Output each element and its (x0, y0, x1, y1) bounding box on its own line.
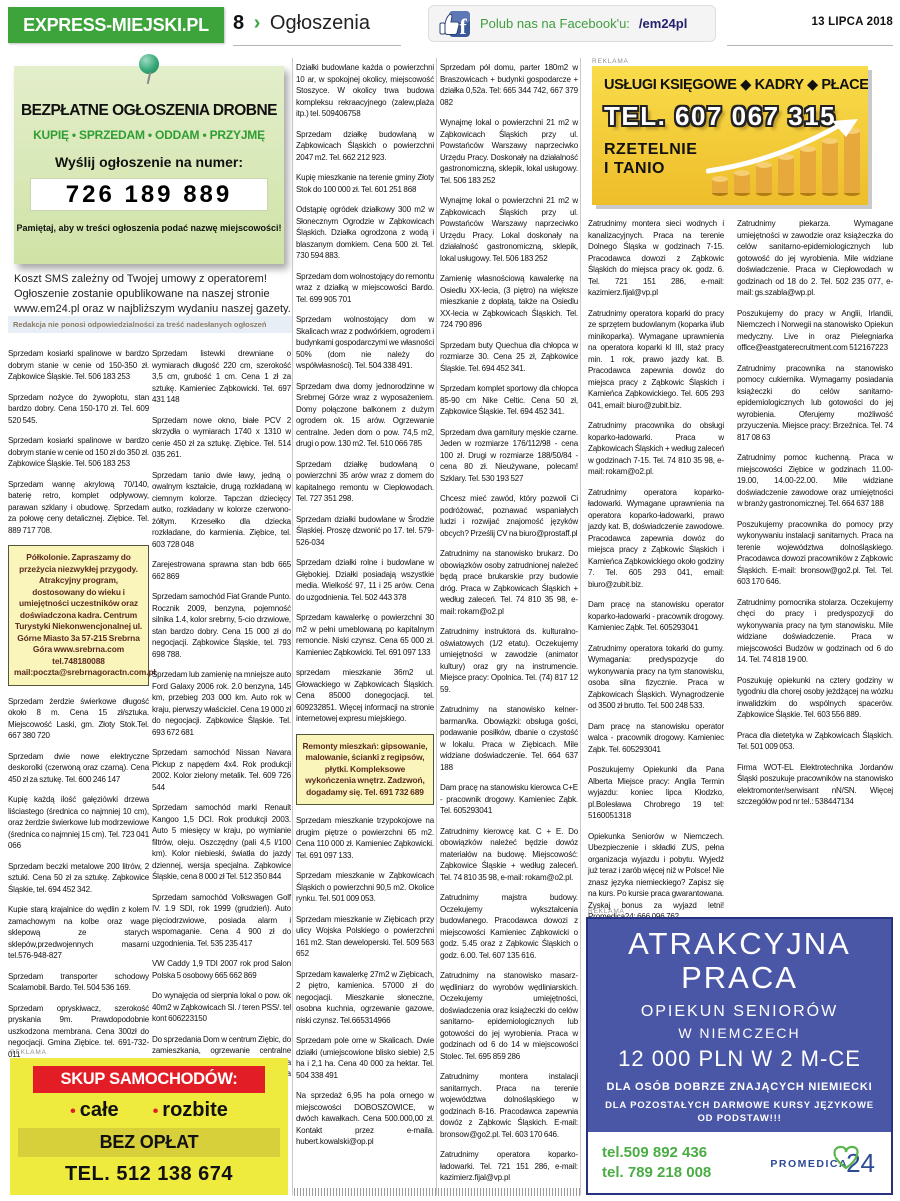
page-section-title: 8 › Ogłoszenia (233, 12, 370, 35)
reklama-label: REKLAMA (592, 58, 629, 65)
car-ad-options: •całe •rozbite (10, 1099, 288, 1122)
classified-ad: Sprzedam kosiarki spalinowe w bardzo dob… (8, 348, 149, 383)
job-ad-courses-note: DLA POZOSTAŁYCH DARMOWE KURSY JĘZYKOWE O… (605, 1099, 875, 1125)
free-ads-box: BEZPŁATNE OGŁOSZENIA DROBNE KUPIĘ • SPRZ… (14, 66, 284, 264)
classifieds-column-2: Sprzedam listewki drewniane o wymiarach … (152, 348, 291, 1100)
classified-ad: Sprzedam lub zamienię na mniejsze auto F… (152, 669, 291, 738)
classified-ad: Sprzedam mieszkanie trzypokojowe na drug… (296, 815, 434, 861)
job-ad-footer: tel.509 892 436 tel. 789 218 008 PROMEDI… (588, 1132, 891, 1193)
classifieds-column-3: Działki budowlane każda o powierzchni 10… (296, 62, 434, 1157)
classifieds-column-1: Sprzedam kosiarki spalinowe w bardzo dob… (8, 348, 149, 1069)
classified-ad: Dam pracę na stanowisku kierowca C+E - p… (440, 782, 578, 817)
bullet-icon: • (153, 1103, 159, 1120)
classified-ad: Kupię każdą ilość gałęziówki drzewa liśc… (8, 794, 149, 852)
classifieds-column-6: Zatrudnimy piekarza. Wymagane umiejętnoś… (737, 218, 893, 817)
classified-ad: Sprzedam samochód marki Renault Kangoo 1… (152, 802, 291, 883)
job-ad-title-line1: ATRAKCYJNA (588, 927, 891, 961)
classified-ad: Kupie starą krajalnice do wędlin z kolem… (8, 904, 149, 962)
classified-ad: Do wynajęcia od sierpnia lokal o pow. ok… (152, 990, 291, 1025)
classified-ad: Sprzedam listewki drewniane o wymiarach … (152, 348, 291, 406)
promedica24-logo: PROMEDICA 24 (770, 1152, 875, 1174)
page-number: 8 (233, 12, 244, 34)
classified-ad: Zatrudnimy pomocnika stolarza. Oczekujem… (737, 597, 893, 666)
reklama-label: REKLAMA (588, 908, 625, 915)
job-ad-title: ATRAKCYJNA PRACA (588, 927, 891, 995)
classified-ad: Zarejestrowana sprawna stan bdb 665 662 … (152, 559, 291, 582)
free-ads-title: BEZPŁATNE OGŁOSZENIA DROBNE (14, 102, 284, 120)
classified-ad: Zatrudnimy montera instalacji sanitarnyc… (440, 1071, 578, 1140)
classified-ad: Na sprzedaż 6,95 ha pola ornego w miejsc… (296, 1090, 434, 1148)
free-ads-note: Pamiętaj, aby w treści ogłoszenia podać … (14, 223, 284, 233)
classified-ad: Zatrudnimy operatora koparki do pracy ze… (588, 308, 724, 412)
facebook-handle: /em24pl (639, 16, 687, 31)
classified-ad: Sprzedam mieszkanie w Ząbkowicach Śląski… (296, 870, 434, 905)
classified-ad: Kupię mieszkanie na terenie gminy Złoty … (296, 172, 434, 195)
classified-ad: Sprzedam wannę akrylową 70/140, baterię … (8, 479, 149, 537)
inline-promo-box: Remonty mieszkań: gipsowanie, malowanie,… (296, 734, 434, 806)
heart-swoosh-icon (831, 1144, 861, 1170)
column-divider (292, 58, 293, 1195)
classified-ad: VW Caddy 1,9 TDI 2007 rok prod Salon Pol… (152, 958, 291, 981)
pin-icon (139, 54, 159, 74)
classified-ad: Sprzedam działkę budowlaną o powierzchni… (296, 459, 434, 505)
classified-ad: Zatrudnimy pracownika do obsługi koparko… (588, 420, 724, 478)
job-ad-phone-1: tel.509 892 436 (602, 1143, 711, 1163)
job-ad-requirement: DLA OSÓB DOBRZE ZNAJĄCYCH NIEMIECKI (588, 1081, 891, 1093)
classifieds-column-5: Zatrudnimy montera sieci wodnych i kanal… (588, 218, 724, 932)
issue-date: 13 LIPCA 2018 (727, 16, 893, 28)
car-purchase-ad: SKUP SAMOCHODÓW: •całe •rozbite BEZ OPŁA… (10, 1058, 288, 1195)
car-ad-no-fees: BEZ OPŁAT (18, 1128, 280, 1157)
job-ad-title-line2: PRACA (588, 961, 891, 995)
bullet-icon: • (70, 1103, 76, 1120)
classified-ad: Sprzedam samochód Fiat Grande Punto. Roc… (152, 591, 291, 660)
classified-ad: Sprzedam działkę budowlaną w Ząbkowicach… (296, 129, 434, 164)
job-ad-phones: tel.509 892 436 tel. 789 218 008 (602, 1143, 711, 1183)
classified-ad: Dam pracę na stanowisku operator walca -… (588, 721, 724, 756)
car-ad-option: •rozbite (153, 1099, 228, 1122)
classified-ad: Działki budowlane każda o powierzchni 10… (296, 62, 434, 120)
classified-ad: Sprzedam dom wolnostojący do remontu wra… (296, 271, 434, 306)
classified-ad: Sprzedam tanio dwie ławy, jedną o owalny… (152, 470, 291, 551)
classified-ad: Zatrudnimy operatora koparko-ładowarki. … (440, 1149, 578, 1184)
reklama-label: REKLAMA (10, 1049, 47, 1056)
classified-ad: Wynajmę lokal o powierzchni 21 m2 w Ząbk… (440, 195, 578, 264)
classified-ad: Sprzedam dwa garnitury męskie czarne. Je… (440, 427, 578, 485)
classified-ad: Sprzedam beczki metalowe 200 litrów, 2 s… (8, 861, 149, 896)
disclaimer-strip: Redakcja nie ponosi odpowiedzialności za… (8, 316, 292, 333)
classified-ad: Zatrudnimy na stanowisko masarz-wędlinia… (440, 970, 578, 1062)
classified-ad: Sprzedam komplet sportowy dla chłopca 85… (440, 383, 578, 418)
classified-ad: Sprzedam pole orne w Skalicach. Dwie dzi… (296, 1035, 434, 1081)
classified-ad: Sprzedam wolnostojący dom w Skalicach wr… (296, 314, 434, 372)
classified-ad: Zatrudnimy montera sieci wodnych i kanal… (588, 218, 724, 299)
classified-ad: Sprzedam dwa domy jednorodzinne w Srebrn… (296, 381, 434, 450)
classified-ad: Odstąpię ogródek działkowy 300 m2 w Słon… (296, 204, 434, 262)
car-ad-option: •całe (70, 1099, 119, 1122)
svg-text:f: f (459, 14, 467, 38)
sms-number: 726 189 889 (30, 178, 268, 211)
classified-ad: Zatrudnimy operatora koparko-ładowarki. … (588, 487, 724, 591)
sms-cost-info: Koszt SMS zależny od Twojej umowy z oper… (14, 272, 294, 317)
classified-ad: Sprzedam nowe okno, białe PCV 2 skrzydła… (152, 415, 291, 461)
masthead-logo: EXPRESS-MIEJSKI.PL (8, 7, 224, 43)
inline-promo-box: Półkolonie. Zapraszamy do przeżycia niez… (8, 545, 149, 686)
column-divider (436, 58, 437, 1195)
accounting-ad-headline: USŁUGI KSIĘGOWE ◆ KADRY ◆ PŁACE (604, 77, 856, 93)
classified-ad: Sprzedam działki rolne i budowlane w Głę… (296, 557, 434, 603)
job-ad-position: OPIEKUN SENIORÓW (588, 1003, 891, 1021)
classifieds-column-4: Sprzedam pół domu, parter 180m2 w Braszo… (440, 62, 578, 1193)
classified-ad: Zatrudnimy piekarza. Wymagane umiejętnoś… (737, 218, 893, 299)
caregiver-job-ad: ATRAKCYJNA PRACA OPIEKUN SENIORÓW W NIEM… (586, 917, 893, 1195)
accounting-services-ad: USŁUGI KSIĘGOWE ◆ KADRY ◆ PŁACE TEL. 607… (592, 66, 868, 205)
classified-ad: Sprzedam kawalerkę o powierzchni 30 m2 w… (296, 612, 434, 658)
classified-ad: Zatrudnimy pomoc kuchenną. Praca w miejs… (737, 452, 893, 510)
classified-ad: Dam pracę na stanowisku operator koparko… (588, 599, 724, 634)
classified-ad: Wynajmę lokal o powierzchni 21 m2 w Ząbk… (440, 117, 578, 186)
facebook-banner: f Polub nas na Facebook'u: /em24pl (428, 5, 716, 42)
job-ad-salary: 12 000 PLN W 2 M-CE (588, 1046, 891, 1072)
classified-ad: Sprzedam kosiarki spalinowe w bardzo dob… (8, 435, 149, 470)
free-ads-cta: Wyślij ogłoszenie na numer: (14, 154, 284, 170)
classified-ad: Zamienię własnościową kawalerkę na Osied… (440, 273, 578, 331)
classified-ad: Zatrudnimy operatora tokarki do gumy. Wy… (588, 643, 724, 712)
free-ads-categories: KUPIĘ • SPRZEDAM • ODDAM • PRZYJMĘ (14, 128, 284, 142)
classified-ad: Poszukuję opiekunki na cztery godziny w … (737, 675, 893, 721)
chevron-icon: › (250, 12, 265, 34)
classified-ad: Poszukujemy do pracy w Anglii, Irlandii,… (737, 308, 893, 354)
classified-ad: Sprzedam żerdzie świerkowe długość około… (8, 696, 149, 742)
car-ad-title: SKUP SAMOCHODÓW: (33, 1066, 265, 1093)
column-divider (580, 58, 581, 1195)
facebook-like-icon: f (439, 10, 471, 38)
classified-ad: Zatrudnimy pracownika na stanowisko pomo… (737, 363, 893, 444)
facebook-text: Polub nas na Facebook'u: (480, 16, 630, 31)
filler-hatch-strip (294, 1188, 580, 1196)
section-label: Ogłoszenia (270, 12, 370, 34)
section-underline (233, 45, 401, 46)
classified-ad: Firma WOT-EL Elektrotechnika Jordanów Śl… (737, 762, 893, 808)
option-label: rozbite (162, 1099, 228, 1121)
classified-ad: Zatrudnimy instruktora ds. kulturalno-oś… (440, 626, 578, 695)
job-ad-phone-2: tel. 789 218 008 (602, 1163, 711, 1183)
classified-ad: Sprzedam pół domu, parter 180m2 w Braszo… (440, 62, 578, 108)
classified-ad: Zatrudnimy majstra budowy. Oczekujemy wy… (440, 892, 578, 961)
newspaper-page: EXPRESS-MIEJSKI.PL 8 › Ogłoszenia f Polu… (0, 0, 900, 1201)
classified-ad: Chcesz mieć zawód, który pozwoli Ci podr… (440, 493, 578, 539)
classified-ad: Sprzedam samochód Volkswagen Golf IV. 1.… (152, 892, 291, 950)
classified-ad: Praca dla dietetyka w Ząbkowicach Śląski… (737, 730, 893, 753)
growth-chart-graphic (706, 119, 862, 199)
classified-ad: Poszukujemy Opiekunki dla Pana Alberta M… (588, 764, 724, 822)
classified-ad: sprzedam mieszkanie 36m2 ul. Głowackiego… (296, 667, 434, 725)
car-ad-phone: TEL. 512 138 674 (10, 1163, 288, 1186)
classified-ad: Sprzedam nożyce do żywopłotu, stan bardz… (8, 392, 149, 427)
classified-ad: Zatrudnimy na stanowisko kelner-barman/k… (440, 704, 578, 773)
classified-ad: Sprzedam samochód Nissan Navara Pickup z… (152, 747, 291, 793)
classified-ad: Sprzedam dwie nowe elektryczne deskorolk… (8, 751, 149, 786)
classified-ad: Sprzedam mieszkanie w Ziębicach przy uli… (296, 914, 434, 960)
classified-ad: Sprzedam kawalerkę 27m2 w Ziębicach, 2 p… (296, 969, 434, 1027)
classified-ad: Zatrudnimy na stanowisko brukarz. Do obo… (440, 548, 578, 617)
classified-ad: Sprzedam działki budowlane w Środzie Ślą… (296, 514, 434, 549)
option-label: całe (80, 1099, 119, 1121)
classified-ad: Sprzedam buty Quechua dla chłopca w rozm… (440, 340, 578, 375)
classified-ad: Sprzedam transporter schodowy Scalamobil… (8, 971, 149, 994)
job-ad-country: W NIEMCZECH (588, 1025, 891, 1041)
classified-ad: Zatrudnimy kierowcę kat. C + E. Do obowi… (440, 826, 578, 884)
classified-ad: Poszukujemy pracownika do pomocy przy wy… (737, 519, 893, 588)
date-underline (727, 45, 893, 46)
